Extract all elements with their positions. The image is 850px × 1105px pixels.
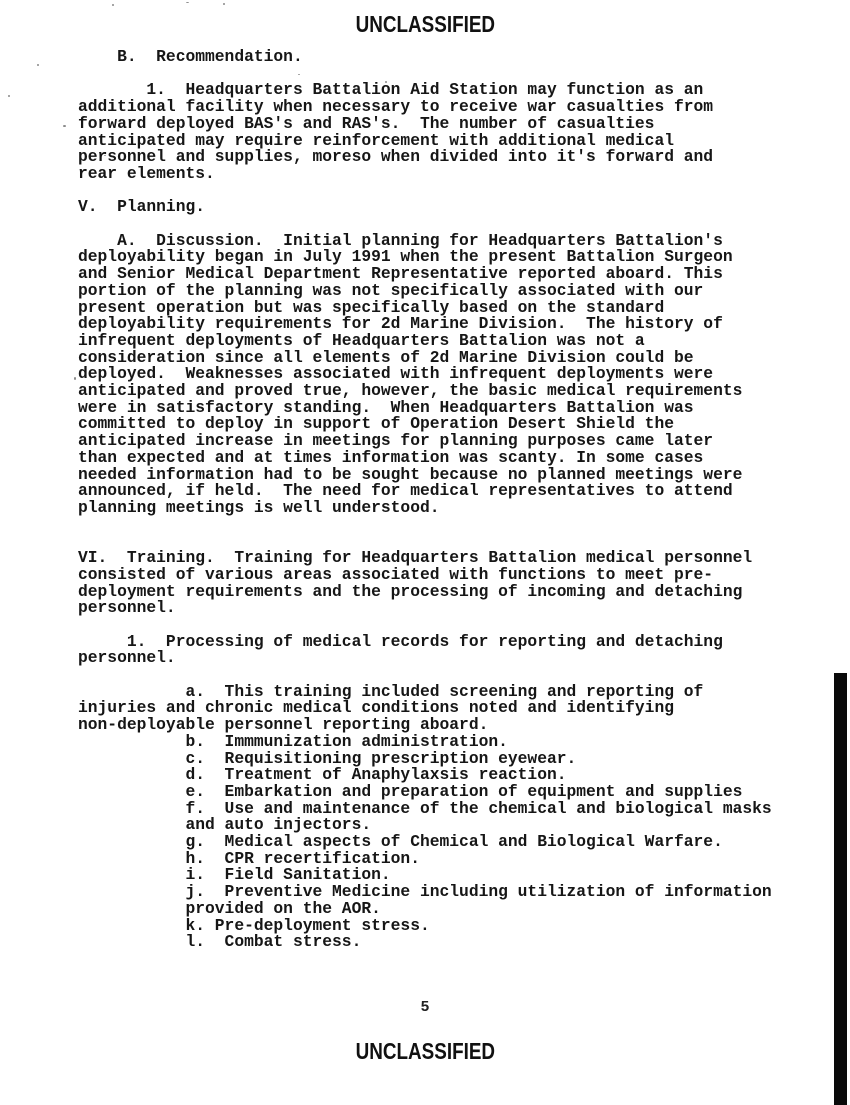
scan-speck [8,95,10,97]
scan-speck [223,3,225,5]
scan-speck [74,377,76,380]
classification-footer: UNCLASSIFIED [77,1038,774,1065]
classification-header: UNCLASSIFIED [77,11,774,38]
scan-speck [37,64,39,66]
scan-speck [104,155,106,156]
scan-speck [112,4,114,6]
document-body-text: B. Recommendation. 1. Headquarters Batta… [78,49,772,951]
scan-speck [63,125,66,127]
scan-speck [385,81,387,83]
page-number: 5 [0,999,850,1016]
scan-speck [186,2,189,3]
scan-edge-artifact [834,673,847,1105]
scanned-document-page: UNCLASSIFIED B. Recommendation. 1. Headq… [0,0,850,1105]
scan-speck [298,74,300,75]
